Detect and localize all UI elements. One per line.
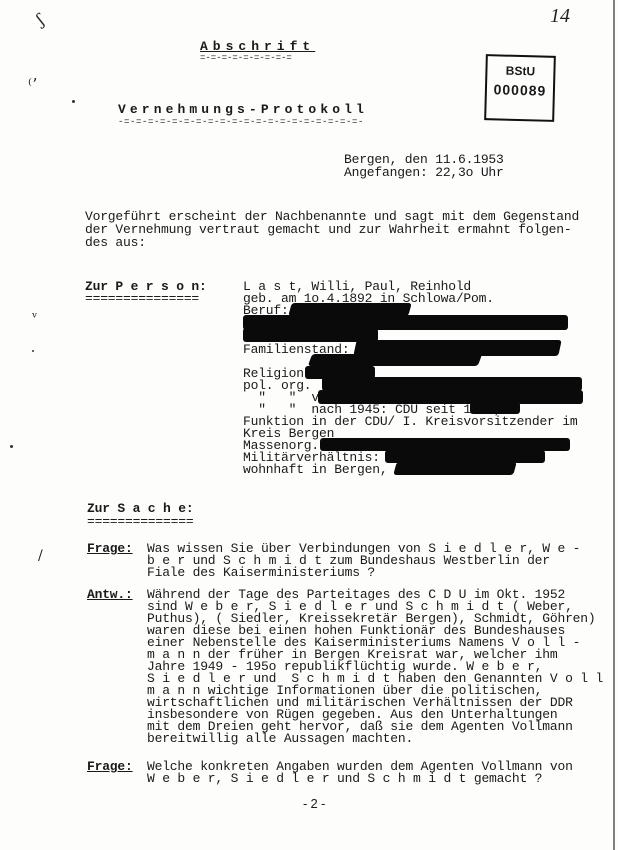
speck <box>10 445 13 448</box>
subtitle-underline: -=-=-=-=-=-=-=-=-=-=-=-=-=-=-=-=-=-=-=-=… <box>118 116 364 129</box>
stamp-label: BStU <box>487 63 553 79</box>
redaction-block <box>308 354 482 366</box>
redaction-block <box>322 377 582 391</box>
margin-mark: ʃ <box>34 10 47 29</box>
redaction-block <box>318 390 583 404</box>
answer-label: Antw.: <box>87 588 133 601</box>
margin-mark: ᵛ <box>32 310 37 326</box>
intro-line: der Vernehmung vertraut gemacht und zur … <box>85 223 571 236</box>
intro-line: des aus: <box>85 236 146 249</box>
matter-heading-underline: ============== <box>87 515 193 528</box>
answer-line: bereitwillig alle Aussagen machten. <box>147 732 413 745</box>
margin-mark: ⁽ʼ <box>28 75 37 94</box>
person-residence: wohnhaft in Bergen, <box>243 463 387 476</box>
start-time: Angefangen: 22,3o Uhr <box>344 166 504 179</box>
page-edge <box>613 0 615 850</box>
person-heading-underline: =============== <box>85 292 199 305</box>
question-line: Fiale des Kaiserministeriums ? <box>147 566 375 579</box>
redaction-block <box>470 402 520 414</box>
page-number: - 2 - <box>303 797 325 810</box>
question-line: W e b e r, S i e d l e r und S c h m i d… <box>147 772 542 785</box>
speck <box>72 100 75 103</box>
question-label: Frage: <box>87 542 133 555</box>
document-page: ʃ ⁽ʼ ᵛ / 14 BStU 000089 Abschrift =-=-=-… <box>0 0 618 850</box>
stamp-number: 000089 <box>487 81 553 99</box>
redaction-block <box>393 462 516 475</box>
speck <box>32 350 34 352</box>
margin-mark: / <box>38 548 43 564</box>
title-underline: =-=-=-=-=-=-=-=-= <box>200 52 292 65</box>
page-number-handwritten: 14 <box>550 5 570 28</box>
document-subtitle: Vernehmungs-Protokoll <box>118 103 368 116</box>
archive-stamp: BStU 000089 <box>484 54 556 122</box>
question-label: Frage: <box>87 760 133 773</box>
